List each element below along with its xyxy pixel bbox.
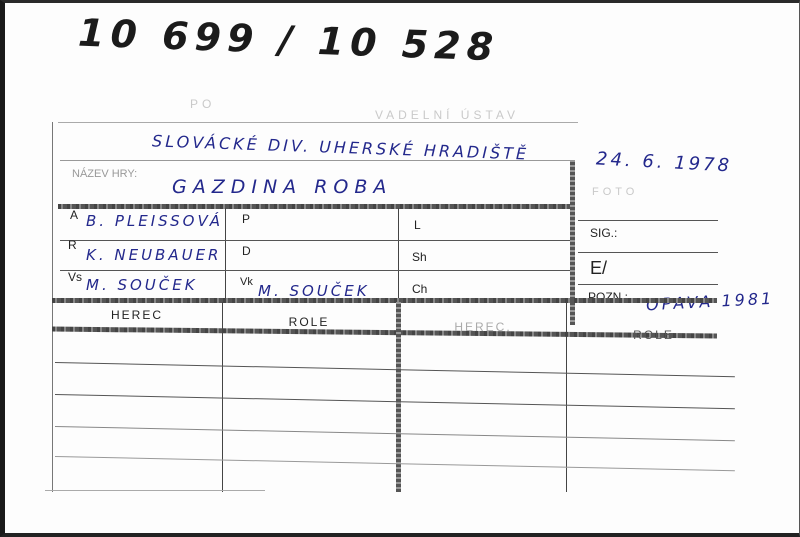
field-vs-value: M. SOUČEK bbox=[86, 276, 198, 294]
field-label-sh: Sh bbox=[412, 250, 427, 264]
faint-label: FOTO bbox=[592, 186, 638, 198]
field-a-value: B. PLEISSOVÁ bbox=[86, 212, 223, 230]
e-label: E/ bbox=[590, 258, 607, 279]
field-label-p: P bbox=[242, 212, 250, 226]
header-faint-right: VADELNÍ ÚSTAV bbox=[375, 108, 519, 122]
title-label: NÁZEV HRY: bbox=[72, 168, 137, 180]
column-header-herec-2: HEREC. bbox=[400, 320, 566, 334]
field-label-r: R bbox=[68, 238, 77, 252]
header-faint-left: PO bbox=[190, 97, 215, 111]
sig-label: SIG.: bbox=[590, 226, 617, 240]
column-header-herec-1: HEREC bbox=[52, 308, 222, 322]
field-r-value: K. NEUBAUER bbox=[86, 246, 221, 264]
field-label-a: A bbox=[70, 208, 78, 222]
field-label-d: D bbox=[242, 244, 251, 258]
field-label-ch: Ch bbox=[412, 282, 427, 296]
field-label-l: L bbox=[414, 218, 421, 232]
column-header-role-2: ROLE bbox=[566, 328, 741, 342]
table-row bbox=[45, 490, 265, 491]
play-title: GAZDINA ROBA bbox=[172, 176, 392, 198]
field-label-vk: Vk bbox=[240, 276, 253, 288]
field-label-vs: Vs bbox=[68, 270, 82, 284]
column-header-role-1: ROLE bbox=[222, 315, 396, 329]
